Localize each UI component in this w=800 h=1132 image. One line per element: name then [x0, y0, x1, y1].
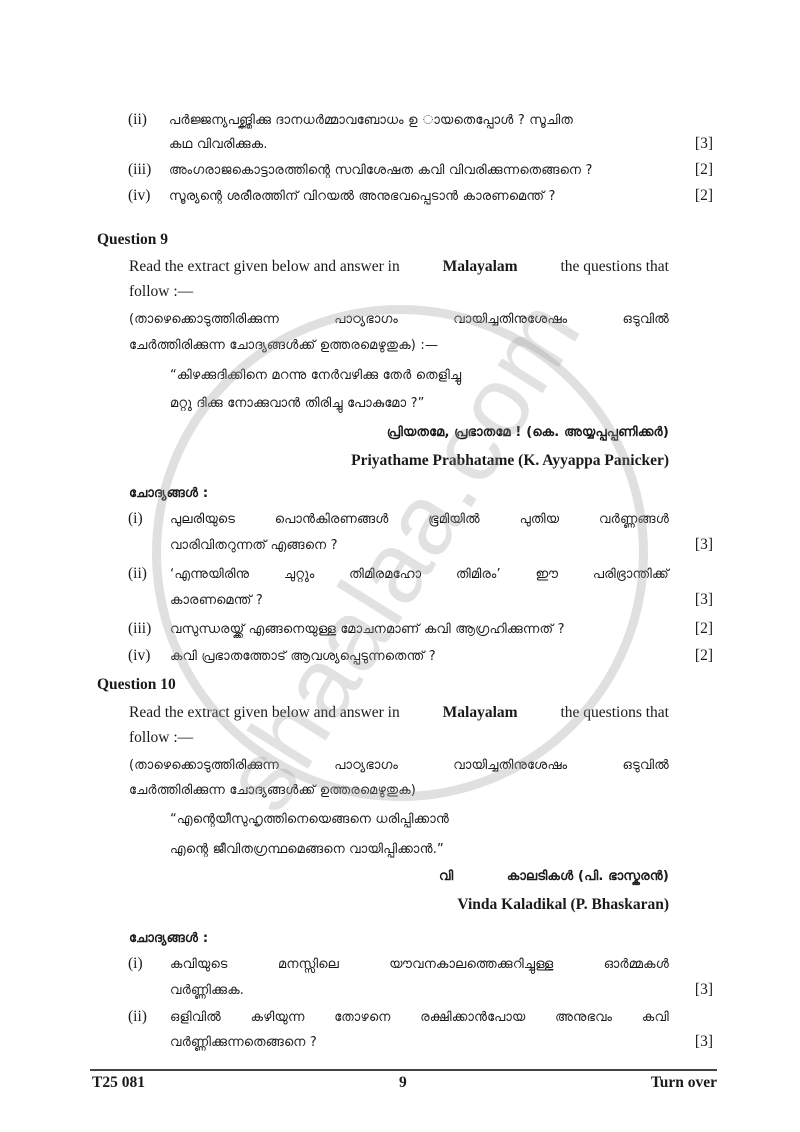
q9-item-iv-line1: കവി പ്രഭാതത്തോട് ആവശ്യപ്പെടുന്നതെന്ത് ? [170, 647, 436, 667]
item-number: (i) [128, 510, 143, 528]
question-word: ഒളിവിൽ [170, 1008, 221, 1028]
q9-item-ii-line2: കാരണമെന്ത് ? [170, 591, 263, 611]
q9-item-i-line2: വാരിവിതറുന്നത് എങ്ങനെ ? [170, 536, 338, 556]
question-word: ചുറ്റും [284, 565, 315, 585]
question-word: കവി [642, 1008, 669, 1028]
turn-over-label: Turn over [651, 1074, 717, 1092]
marks-label: [3] [695, 135, 713, 153]
question-word: ഭൂമിയിൽ [428, 510, 480, 530]
question-word: കവിയുടെ [170, 955, 228, 975]
q9-ml-instruction-line1: (താഴെക്കൊടുത്തിരിക്കുന്ന പാഠ്യഭാഗം വായിച… [129, 310, 669, 330]
q9-instruction-line2: follow :— [129, 282, 193, 302]
instruction-word: വായിച്ചതിനുശേഷം [453, 310, 567, 330]
q10-source-malayalam-b: കാലടികൾ (പി. ഭാസ്കരൻ) [507, 867, 669, 887]
marks-label: [3] [695, 536, 713, 554]
question-text: പർജ്ജന്യപങ്ക്തിക്കു ദാനധർമ്മാവബോധം ഉ ായത… [169, 111, 573, 131]
instruction-word: (താഴെക്കൊടുത്തിരിക്കുന്ന [129, 756, 279, 776]
instruction-text: the questions that [560, 257, 669, 277]
exam-page: (ii) പർജ്ജന്യപങ്ക്തിക്കു ദാനധർമ്മാവബോധം … [0, 0, 800, 1132]
q9-ml-instruction-line2: ചേർത്തിരിക്കുന്ന ചോദ്യങ്ങൾക്ക് ഉത്തരമെഴു… [129, 336, 438, 356]
q9-extract-line1: “കിഴക്കുദിക്കിനെ മറന്നു നേർവഴിക്കു തേർ ത… [170, 366, 461, 386]
question-word: പൊൻകിരണങ്ങൾ [275, 510, 389, 530]
question-text: സൂര്യന്റെ ശരീരത്തിന് വിറയൽ അനുഭവപ്പെടാൻ … [169, 187, 556, 207]
question-word: യൗവനകാലത്തെക്കുറിച്ചു [389, 957, 535, 972]
instruction-word: പാഠ്യഭാഗം [334, 756, 398, 776]
question-word: പരിഭ്രാന്തിക്ക് [593, 565, 669, 585]
question-text-underlined: ള്ള [535, 957, 553, 972]
item-number: (ii) [128, 1008, 147, 1026]
question-word: ഓർമ്മകൾ [604, 955, 669, 975]
marks-label: [2] [695, 161, 713, 179]
q10-item-ii-line2: വർണ്ണിക്കുന്നതെങ്ങനെ ? [170, 1033, 317, 1053]
q9-item-iii-line1: വസുന്ധരയ്ക്ക് എങ്ങനെയുള്ള മോചനമാണ് കവി ആ… [170, 620, 565, 640]
instruction-word: ഒടുവിൽ [623, 310, 669, 330]
question-word: തോഴനെ [334, 1008, 390, 1028]
question-text: വസുന്ധരയ്ക്ക് എങ്ങനെയു [170, 622, 318, 637]
question-text: അംഗരാജകൊട്ടാരത്തിന്റെ സവിശേഷത കവി വിവരിക… [169, 161, 593, 181]
question-word: തിമിരമഹോ [349, 565, 421, 585]
instruction-word: വായിച്ചതിനുശേഷം [453, 756, 567, 776]
question-word: തിമിരം’ [456, 565, 501, 585]
q9-source-english: Priyathame Prabhatame (K. Ayyappa Panick… [351, 451, 669, 471]
instruction-language: Malayalam [443, 257, 518, 277]
item-number: (i) [128, 955, 143, 973]
q9-questions-label: ചോദ്യങ്ങൾ : [129, 484, 208, 504]
page-number: 9 [399, 1074, 407, 1092]
item-number: (iii) [128, 161, 151, 179]
question-word: അനുഭവം [555, 1008, 612, 1028]
q10-item-ii-line1: ഒളിവിൽ കഴിയുന്ന തോഴനെ രക്ഷിക്കാൻപോയ അനുഭ… [170, 1008, 669, 1028]
question-text-underlined: ള്ള [318, 622, 336, 637]
q10-instruction-line1: Read the extract given below and answer … [129, 703, 669, 723]
marks-label: [2] [695, 187, 713, 205]
q10-ml-instruction-line1: (താഴെക്കൊടുത്തിരിക്കുന്ന പാഠ്യഭാഗം വായിച… [129, 756, 669, 776]
question-word: മനസ്സിലെ [278, 955, 339, 975]
question-word: ഈ [535, 565, 558, 585]
q10-source-english: Vinda Kaladikal (P. Bhaskaran) [457, 895, 669, 915]
marks-label: [3] [695, 1033, 713, 1051]
item-number: (ii) [128, 111, 147, 129]
q10-source-malayalam-a: വി [439, 867, 453, 887]
item-number: (iii) [128, 620, 151, 638]
question-word: വർണ്ണങ്ങൾ [599, 510, 669, 530]
question-word: പുതിയ [520, 510, 560, 530]
instruction-language: Malayalam [443, 703, 518, 723]
marks-label: [3] [695, 591, 713, 609]
footer-divider [90, 1069, 717, 1071]
paper-code: T25 081 [92, 1074, 145, 1092]
question-9-heading: Question 9 [97, 231, 168, 249]
q10-item-i-line2: വർണ്ണിക്കുക. [170, 981, 244, 1001]
question-word: രക്ഷിക്കാൻപോയ [420, 1008, 525, 1028]
instruction-word: (താഴെക്കൊടുത്തിരിക്കുന്ന [129, 310, 279, 330]
question-10-heading: Question 10 [97, 676, 176, 694]
q10-item-i-line1: കവിയുടെ മനസ്സിലെ യൗവനകാലത്തെക്കുറിച്ചുള്… [170, 955, 669, 975]
instruction-text: the questions that [560, 703, 669, 723]
question-word-group: യൗവനകാലത്തെക്കുറിച്ചുള്ള [389, 955, 553, 975]
q10-extract-line2: എന്റെ ജീവിതഗ്രന്ഥമെങ്ങനെ വായിപ്പിക്കാൻ.” [170, 840, 444, 860]
q9-source-malayalam: പ്രിയതമേ, പ്രഭാതമേ ! (കെ. അയ്യപ്പപ്പണിക്… [387, 423, 669, 443]
instruction-word: ഒടുവിൽ [623, 756, 669, 776]
marks-label: [3] [695, 981, 713, 999]
item-number: (iv) [128, 187, 150, 205]
marks-label: [2] [695, 647, 713, 665]
q10-questions-label: ചോദ്യങ്ങൾ : [129, 929, 208, 949]
question-text: കഥ വിവരിക്കുക. [169, 135, 268, 155]
q9-item-ii-line1: ‘എന്നുയിരിനു ചുറ്റും തിമിരമഹോ തിമിരം’ ഈ … [170, 565, 669, 585]
q10-ml-instruction-line2: ചേർത്തിരിക്കുന്ന ചോദ്യങ്ങൾക്ക് ഉത്തരമെഴു… [129, 781, 416, 801]
q9-instruction-line1: Read the extract given below and answer … [129, 257, 669, 277]
question-text: മോചനമാണ് കവി ആഗ്രഹിക്കുന്നത് ? [336, 622, 565, 637]
question-word: ‘എന്നുയിരിനു [170, 565, 249, 585]
q9-extract-line2: മറ്റു ദിക്കു നോക്കുവാൻ തിരിച്ചു പോകുമോ ?… [170, 394, 425, 414]
question-word: പുലരിയുടെ [170, 510, 235, 530]
instruction-text: Read the extract given below and answer … [129, 703, 400, 723]
question-word: കഴിയുന്ന [251, 1008, 305, 1028]
item-number: (iv) [128, 647, 150, 665]
item-number: (ii) [128, 565, 147, 583]
instruction-word: പാഠ്യഭാഗം [334, 310, 398, 330]
q10-extract-line1: “എന്റെയീസുഹൃത്തിനെയെങ്ങനെ ധരിപ്പിക്കാൻ [170, 810, 449, 830]
q9-item-i-line1: പുലരിയുടെ പൊൻകിരണങ്ങൾ ഭൂമിയിൽ പുതിയ വർണ്… [170, 510, 669, 530]
marks-label: [2] [695, 620, 713, 638]
q10-instruction-line2: follow :— [129, 728, 193, 748]
instruction-text: Read the extract given below and answer … [129, 257, 400, 277]
